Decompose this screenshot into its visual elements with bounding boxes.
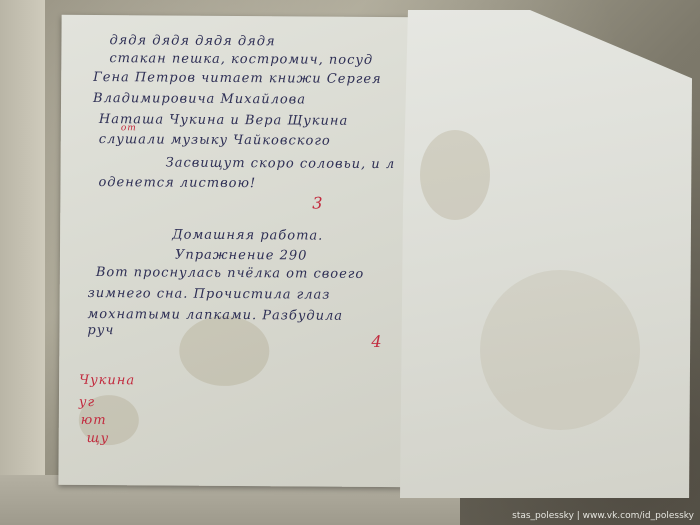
stain [480, 270, 640, 430]
homework-line: зимнего сна. Прочистила глаз [88, 286, 331, 303]
background-paper-left [0, 0, 45, 525]
margin-red-note: Чукина [79, 373, 135, 388]
stain [179, 316, 269, 387]
classwork-line: Засвищут скоро соловьи, и л [166, 156, 396, 173]
classwork-line: Владимировича Михайлова [93, 91, 306, 107]
homework-line: мохнатыми лапками. Разбудила [88, 307, 344, 324]
homework-line: Вот проснулась пчёлка от своего [96, 265, 364, 282]
homework-title: Домашняя работа. [172, 228, 323, 244]
margin-red-note: щу [87, 431, 110, 446]
classwork-line: оденется листвою! [98, 175, 256, 191]
notebook-page-right [400, 10, 692, 498]
classwork-line: Гена Петров читает книжи Сергея [93, 70, 382, 87]
notebook-page-left: дядя дядя дядя дядя стакан пешка, костро… [58, 15, 411, 487]
homework-line: руч [87, 323, 114, 338]
classwork-line: стакан пешка, костромич, посуд [109, 51, 373, 68]
classwork-line: дядя дядя дядя дядя [109, 33, 275, 49]
homework-exercise: Упражнение 290 [175, 248, 308, 264]
margin-red-note: уг [79, 395, 95, 410]
classwork-grade: 3 [312, 194, 322, 213]
watermark: stas_polessky | www.vk.com/id_polessky [512, 511, 694, 521]
homework-grade: 4 [371, 332, 381, 351]
classwork-line: слушали музыку Чайковского [99, 132, 331, 149]
margin-red-note: ют [81, 413, 107, 428]
stain [420, 130, 490, 220]
